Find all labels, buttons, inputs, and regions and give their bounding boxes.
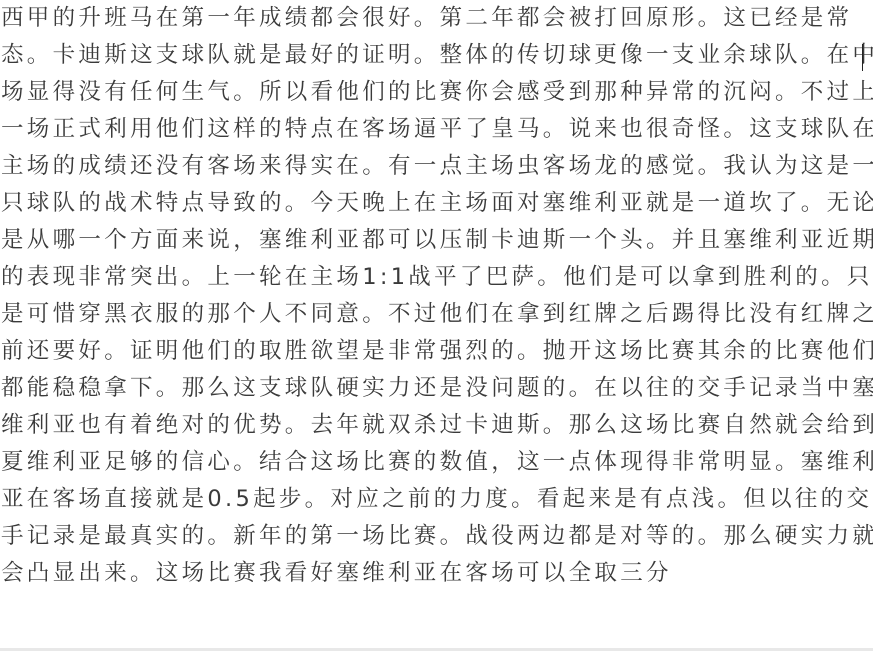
text-caret [862,44,863,71]
text-line-16[interactable]: 会凸显出来。这场比赛我看好塞维利亚在客场可以全取三分 [1,555,672,591]
text-line-7[interactable]: 是从哪一个方面来说，塞维利亚都可以压制卡迪斯一个头。并且塞维利亚近期 [1,222,873,258]
text-line-14[interactable]: 亚在客场直接就是0.5起步。对应之前的力度。看起来是有点浅。但以往的交 [1,481,872,517]
text-line-13[interactable]: 夏维利亚足够的信心。结合这场比赛的数值，这一点体现得非常明显。塞维利 [1,444,873,480]
text-line-9[interactable]: 是可惜穿黑衣服的那个人不同意。不过他们在拿到红牌之后踢得比没有红牌之 [1,296,873,332]
text-line-1[interactable]: 西甲的升班马在第一年成绩都会很好。第二年都会被打回原形。这已经是常 [1,0,852,36]
text-document-editor[interactable]: 西甲的升班马在第一年成绩都会很好。第二年都会被打回原形。这已经是常 态。卡迪斯这… [0,0,873,648]
text-line-12[interactable]: 维利亚也有着绝对的优势。去年就双杀过卡迪斯。那么这场比赛自然就会给到 [1,407,873,443]
text-line-11[interactable]: 都能稳稳拿下。那么这支球队硬实力还是没问题的。在以往的交手记录当中塞 [1,370,873,406]
text-line-6[interactable]: 只球队的战术特点导致的。今天晚上在主场面对塞维利亚就是一道坎了。无论 [1,185,873,221]
text-line-15[interactable]: 手记录是最真实的。新年的第一场比赛。战役两边都是对等的。那么硬实力就 [1,518,873,554]
text-line-10[interactable]: 前还要好。证明他们的取胜欲望是非常强烈的。抛开这场比赛其余的比赛他们 [1,333,873,369]
text-line-3[interactable]: 场显得没有任何生气。所以看他们的比赛你会感受到那种异常的沉闷。不过上 [1,74,873,110]
text-line-2[interactable]: 态。卡迪斯这支球队就是最好的证明。整体的传切球更像一支业余球队。在中 [1,37,873,73]
text-line-8[interactable]: 的表现非常突出。上一轮在主场1:1战平了巴萨。他们是可以拿到胜利的。只 [1,259,873,295]
text-line-5[interactable]: 主场的成绩还没有客场来得实在。有一点主场虫客场龙的感觉。我认为这是一 [1,148,873,184]
text-line-4[interactable]: 一场正式利用他们这样的特点在客场逼平了皇马。说来也很奇怪。这支球队在 [1,111,873,147]
